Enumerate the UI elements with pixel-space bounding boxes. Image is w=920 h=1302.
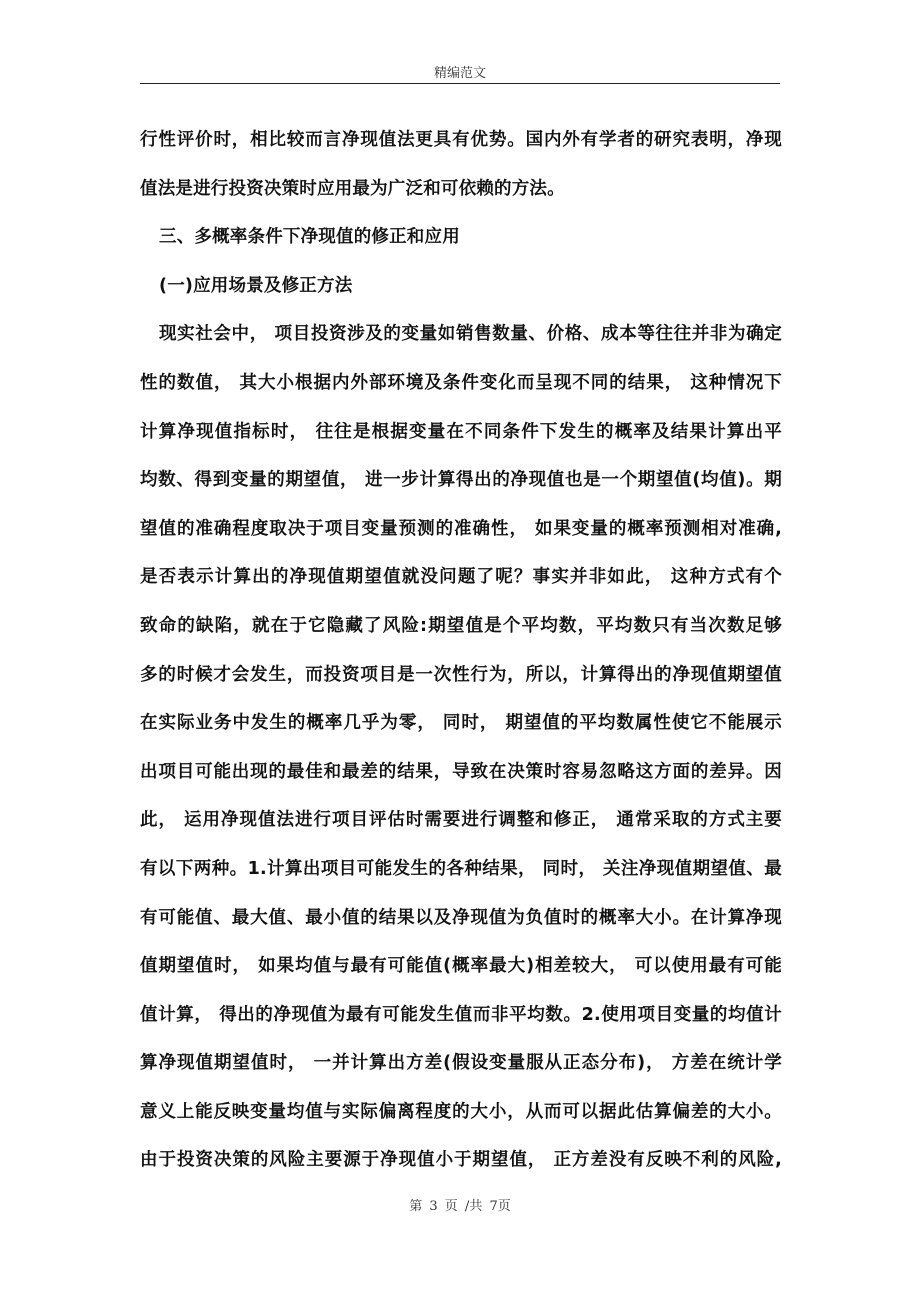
text-line: 有以下两种。1.计算出项目可能发生的各种结果， 同时， 关注净现值期望值、最: [140, 849, 782, 898]
page-footer: 第 3 页 /共 7页: [0, 1195, 920, 1214]
text-line: 在实际业务中发生的概率几乎为零， 同时， 期望值的平均数属性使它不能展示: [140, 703, 782, 752]
text-line: 均数、得到变量的期望值， 进一步计算得出的净现值也是一个期望值(均值)。期: [140, 460, 782, 509]
text-line: 多的时候才会发生，而投资项目是一次性行为，所以，计算得出的净现值期望值: [140, 655, 782, 704]
text-line: 计算净现值指标时， 往往是根据变量在不同条件下发生的概率及结果计算出平: [140, 412, 782, 461]
text-line: 意义上能反映变量均值与实际偏离程度的大小，从而可以据此估算偏差的大小。: [140, 1092, 782, 1141]
document-body: 行性评价时，相比较而言净现值法更具有优势。国内外有学者的研究表明，净现 值法是进…: [140, 120, 782, 1189]
text-line: 值计算， 得出的净现值为最有可能发生值而非平均数。2.使用项目变量的均值计: [140, 995, 782, 1044]
subsection-heading: (一)应用场景及修正方法: [140, 266, 782, 315]
text-line: 是否表示计算出的净现值期望值就没问题了呢？事实并非如此， 这种方式有个: [140, 557, 782, 606]
text-line: 行性评价时，相比较而言净现值法更具有优势。国内外有学者的研究表明，净现: [140, 120, 782, 169]
text-line: 值法是进行投资决策时应用最为广泛和可依赖的方法。: [140, 169, 782, 218]
page-number: 第 3 页 /共 7页: [409, 1199, 510, 1214]
text-line: 现实社会中， 项目投资涉及的变量如销售数量、价格、成本等往往并非为确定: [140, 314, 782, 363]
text-line: 致命的缺陷，就在于它隐藏了风险:期望值是个平均数，平均数只有当次数足够: [140, 606, 782, 655]
text-line: 值期望值时， 如果均值与最有可能值(概率最大)相差较大， 可以使用最有可能: [140, 946, 782, 995]
header-title: 精编范文: [434, 66, 486, 81]
text-line: 由于投资决策的风险主要源于净现值小于期望值， 正方差没有反映不利的风险,: [140, 1140, 782, 1189]
text-line: 出项目可能出现的最佳和最差的结果，导致在决策时容易忽略这方面的差异。因: [140, 752, 782, 801]
page-header: 精编范文: [140, 62, 780, 84]
text-line: 性的数值， 其大小根据内外部环境及条件变化而呈现不同的结果， 这种情况下: [140, 363, 782, 412]
text-line: 望值的准确程度取决于项目变量预测的准确性， 如果变量的概率预测相对准确,: [140, 509, 782, 558]
section-heading: 三、多概率条件下净现值的修正和应用: [140, 217, 782, 266]
text-line: 此， 运用净现值法进行项目评估时需要进行调整和修正， 通常采取的方式主要: [140, 800, 782, 849]
text-line: 有可能值、最大值、最小值的结果以及净现值为负值时的概率大小。在计算净现: [140, 898, 782, 947]
text-line: 算净现值期望值时， 一并计算出方差(假设变量服从正态分布)， 方差在统计学: [140, 1043, 782, 1092]
